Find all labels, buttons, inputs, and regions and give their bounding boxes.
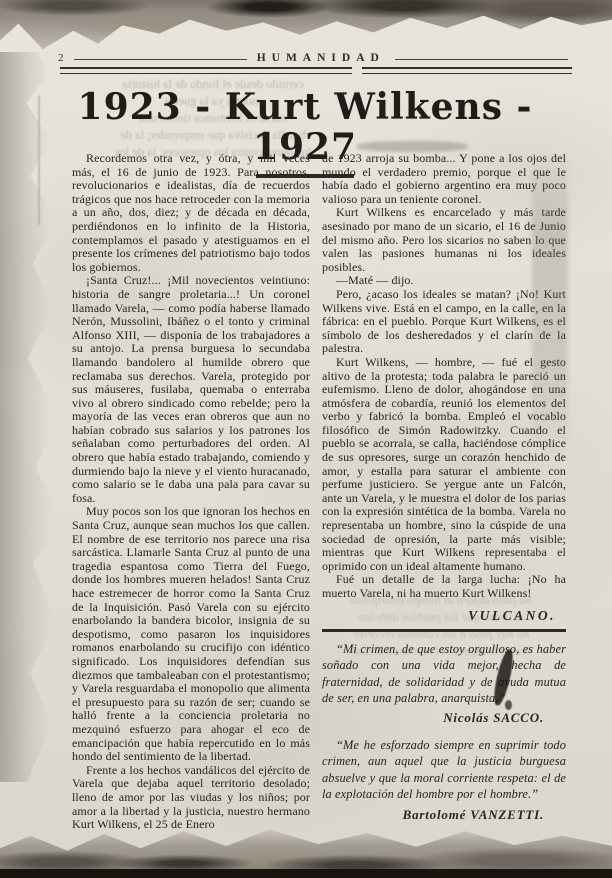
scanner-background-strip: [0, 869, 612, 878]
paragraph: de 1923 arroja su bomba... Y pone a los …: [322, 152, 566, 206]
paragraph: Kurt Wilkens, — hombre, — fué el gesto a…: [322, 356, 566, 574]
column-right-paragraphs: de 1923 arroja su bomba... Y pone a los …: [322, 152, 566, 601]
quote-author: Bartolomé VANZETTI.: [322, 808, 544, 822]
page-number: 2: [58, 52, 64, 64]
paragraph: Recordemos otra vez, y ótra, y mil veces…: [72, 152, 310, 274]
section-divider-rule: [322, 629, 566, 632]
scanned-page: cernido desde el fondo de la historiamue…: [0, 0, 612, 878]
header-rule-left: [74, 59, 247, 60]
header-double-rule: [60, 67, 352, 74]
quote-text: “Mi crimen, de que estoy orgulloso, es h…: [322, 641, 566, 707]
header-rule-right: [395, 59, 568, 60]
quote-text: “Me he esforzado siempre en suprimir tod…: [322, 737, 566, 803]
header-double-rule: [362, 67, 572, 74]
masthead: HUMANIDAD: [257, 52, 385, 64]
column-left: Recordemos otra vez, y ótra, y mil veces…: [72, 152, 310, 833]
column-right: de 1923 arroja su bomba... Y pone a los …: [322, 152, 566, 833]
paragraph: Pero, ¿acaso los ideales se matan? ¡No! …: [322, 288, 566, 356]
quote-author: Nicolás SACCO.: [322, 711, 544, 725]
paragraph: Frente a los hechos vandálicos del ejérc…: [72, 764, 310, 832]
article-body: Recordemos otra vez, y ótra, y mil veces…: [72, 152, 566, 833]
paragraph: ¡Santa Cruz!... ¡Mil novecientos veintiu…: [72, 274, 310, 505]
running-header: 2 HUMANIDAD: [58, 52, 568, 64]
paragraph: Fué un detalle de la larga lucha: ¡No ha…: [322, 573, 566, 600]
paragraph: Kurt Wilkens es encarcelado y más tarde …: [322, 206, 566, 274]
paragraph: Muy pocos son los que ignoran los hechos…: [72, 505, 310, 763]
quotes-section: “Mi crimen, de que estoy orgulloso, es h…: [322, 641, 566, 821]
quote-block: “Me he esforzado siempre en suprimir tod…: [322, 737, 566, 821]
quote-block: “Mi crimen, de que estoy orgulloso, es h…: [322, 641, 566, 725]
paragraph: —Maté — dijo.: [322, 274, 566, 288]
author-signature: VULCANO.: [322, 609, 556, 623]
